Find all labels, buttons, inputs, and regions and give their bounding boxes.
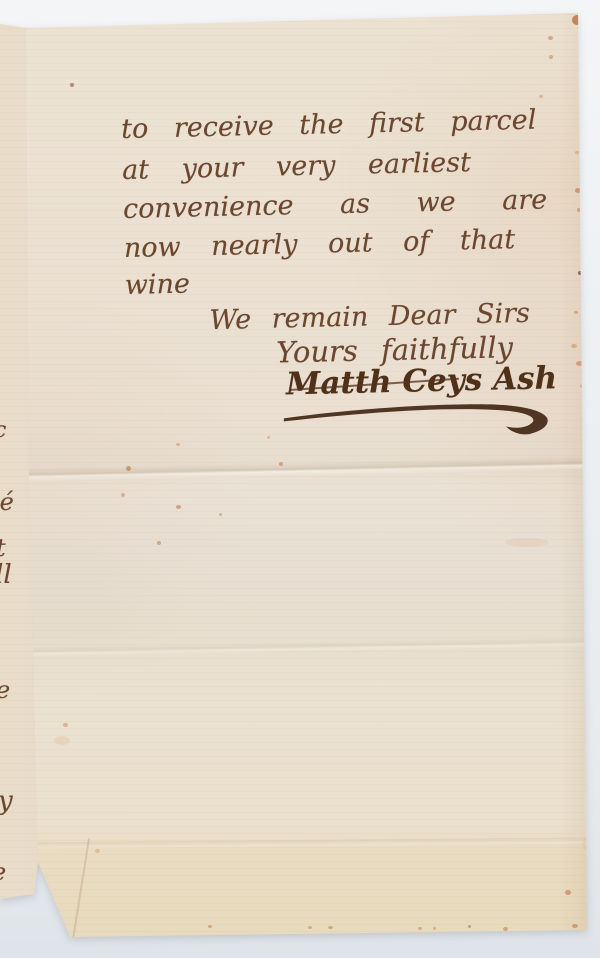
letter-bifolium: clétlleye to receive the first parcelat … xyxy=(0,0,600,958)
foxing-stain xyxy=(588,921,593,925)
letter-line: at your very earliest xyxy=(122,147,471,186)
letter-line: convenience as we are xyxy=(123,184,548,225)
letter-body: to receive the first parcelat your very … xyxy=(0,0,594,7)
fragment-letter: y xyxy=(0,786,13,816)
foxing-stain xyxy=(582,98,587,102)
fragment-letter: t xyxy=(0,534,6,562)
letter-line: now nearly out of that xyxy=(124,224,516,264)
fragment-letter: c xyxy=(0,418,6,443)
signature-flourish xyxy=(281,392,562,444)
letter-photo: clétlleye to receive the first parcelat … xyxy=(0,0,600,958)
fragment-letter: lé xyxy=(0,488,14,516)
foxing-stain xyxy=(345,15,348,18)
fragment-letter: e xyxy=(0,676,10,704)
letter-sheet-main: to receive the first parcelat your very … xyxy=(0,0,600,958)
letter-line: wine xyxy=(124,269,190,301)
fragment-letter: ll xyxy=(0,560,12,590)
fragment-letter: e xyxy=(0,858,6,886)
letter-line: to receive the first parcel xyxy=(121,105,537,145)
letter-text: to receive the first parcelat your very … xyxy=(0,0,600,958)
